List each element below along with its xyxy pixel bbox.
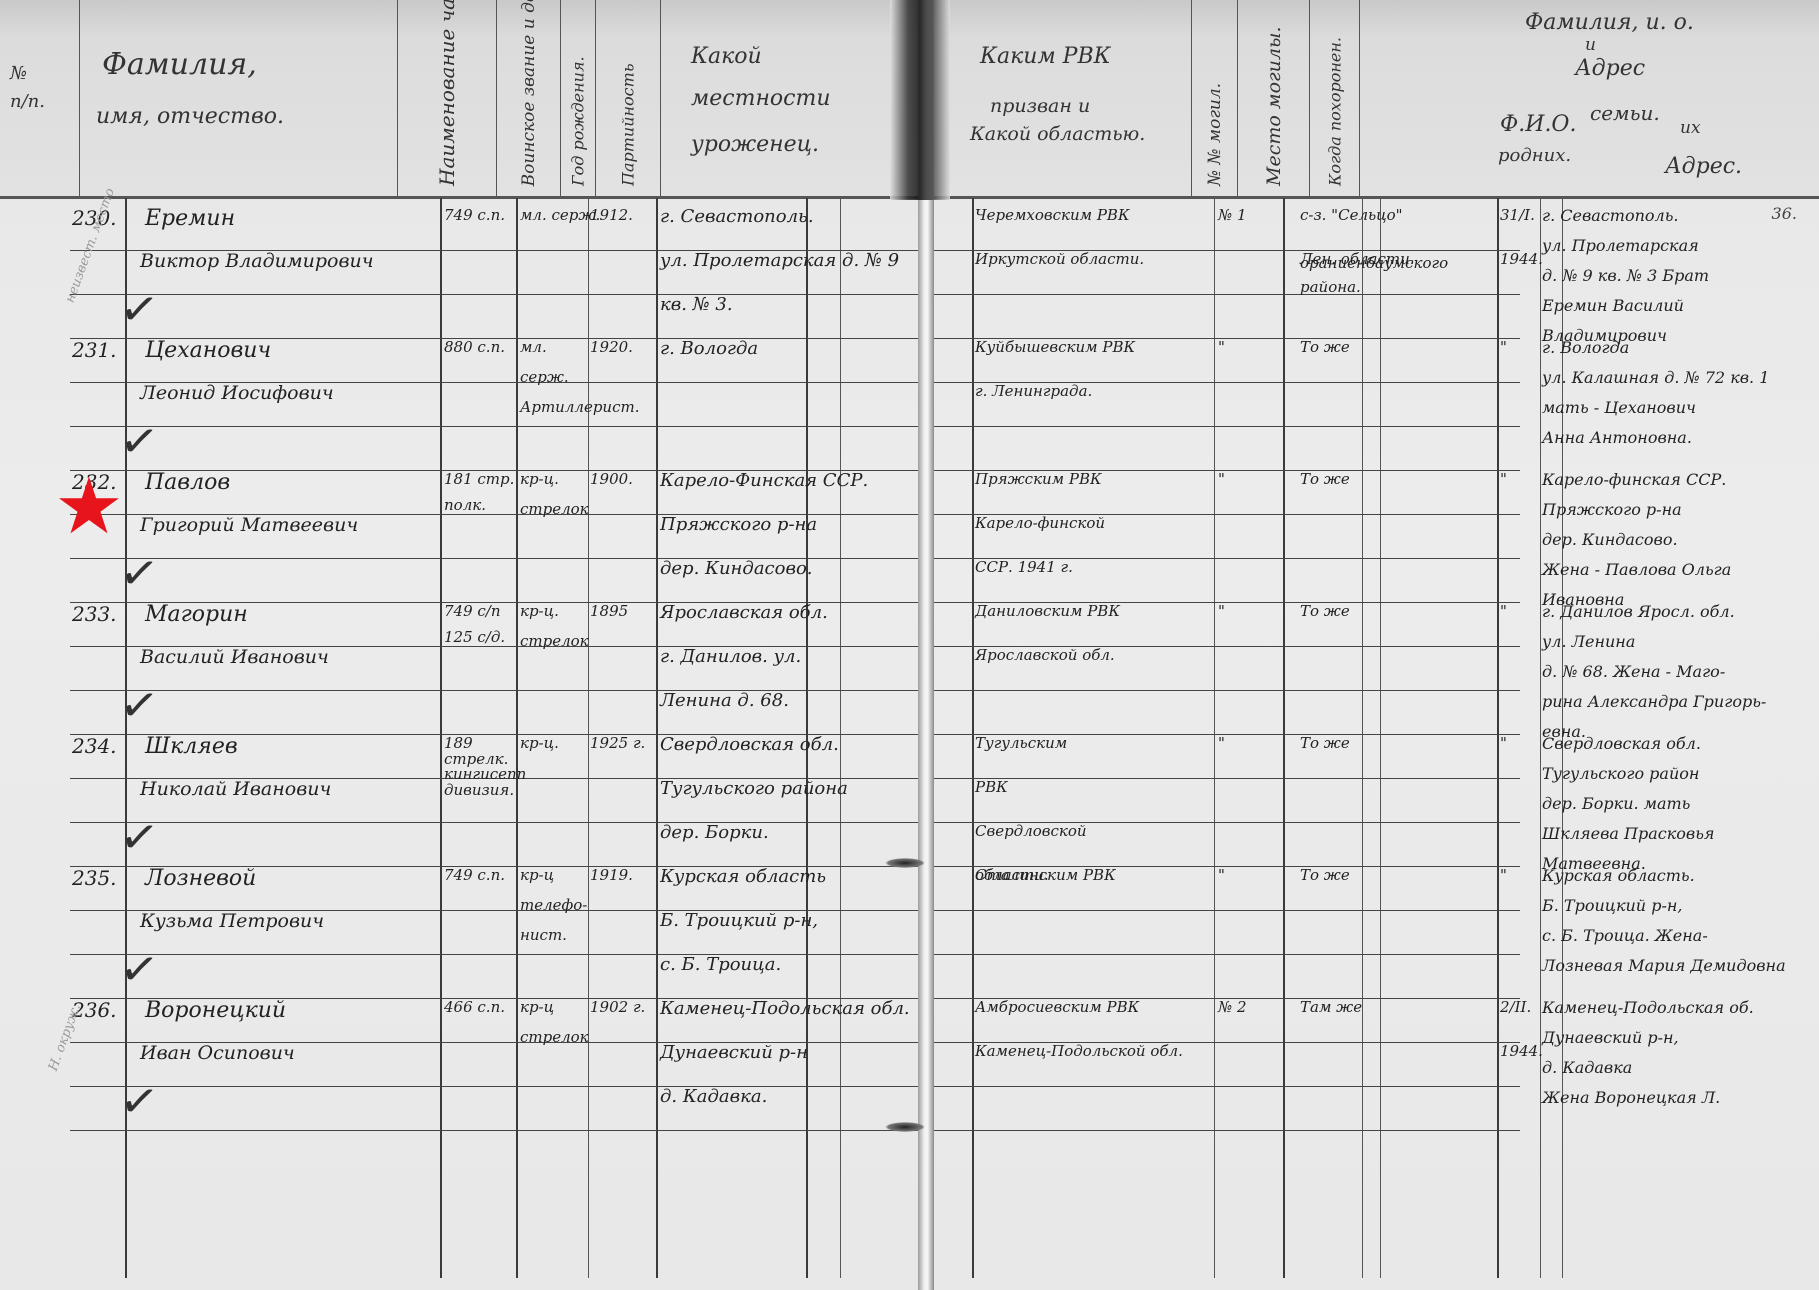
header-party-label: Партийность	[619, 63, 638, 186]
military-unit: кингисепп	[444, 767, 526, 782]
military-unit: 880 с.п.	[444, 340, 505, 355]
military-rank: нист.	[520, 928, 567, 943]
rvk-line: Свердловской	[975, 824, 1087, 839]
rvk-line: Каменец-Подольской обл.	[975, 1044, 1183, 1059]
column-rule	[516, 198, 518, 1278]
grave-number: "	[1218, 868, 1225, 883]
register-page: № п/п. Фамилия, имя, отчество. Наименова…	[0, 0, 1819, 1290]
soldier-surname: Цеханович	[145, 340, 271, 362]
family-address-line: д. Кадавка	[1542, 1060, 1632, 1076]
origin-line: Дунаевский р-н	[660, 1044, 808, 1062]
burial-date: "	[1500, 340, 1507, 355]
binding-hole	[885, 1122, 925, 1132]
header-col-origin: Какой местности уроженец.	[661, 0, 891, 196]
row-number: 235.	[72, 868, 117, 888]
header-name-line2: имя, отчество.	[96, 100, 284, 134]
header-family-line7: их	[1680, 115, 1701, 141]
origin-line: Свердловская обл.	[660, 736, 839, 754]
header-col-birth: Год рождения.	[561, 0, 596, 196]
family-address-line: Жена Воронецкая Л.	[1542, 1090, 1720, 1106]
column-rule	[656, 198, 658, 1278]
column-rule	[1214, 198, 1215, 1278]
checkmark-icon: ✓	[116, 676, 162, 735]
soldier-given-names: Виктор Владимирович	[140, 252, 374, 271]
header-col-grave-no: № № могил.	[1192, 0, 1238, 196]
rvk-line: РВК	[975, 780, 1008, 795]
header-burial-place-label: Место могилы.	[1263, 27, 1285, 187]
soldier-given-names: Василий Иванович	[140, 648, 329, 667]
origin-line: г. Вологда	[660, 340, 758, 358]
rvk-line: Черемховским РВК	[975, 208, 1130, 223]
header-family-line6: родних.	[1498, 142, 1571, 170]
military-unit: 466 с.п.	[444, 1000, 505, 1015]
header-name-line1: Фамилия,	[102, 42, 257, 89]
origin-line: Карело-Финская ССР.	[660, 472, 868, 490]
header-col-no: № п/п.	[0, 0, 80, 196]
family-address-line: г. Вологда	[1542, 340, 1629, 356]
origin-line: кв. № 3.	[660, 296, 733, 314]
family-address-line: мать - Цеханович	[1542, 400, 1696, 416]
military-rank: телефо-	[520, 898, 587, 913]
origin-line: г. Севастополь.	[660, 208, 814, 226]
checkmark-icon: ✓	[116, 1072, 162, 1131]
family-address-line: с. Б. Троица. Жена-	[1542, 928, 1708, 944]
birth-year: 1920.	[590, 340, 633, 355]
origin-line: г. Данилов. ул.	[660, 648, 801, 666]
soldier-surname: Лозневой	[145, 868, 256, 890]
header-col-burial-date: Когда похоронен.	[1310, 0, 1360, 196]
origin-line: Курская область	[660, 868, 826, 886]
family-address-line: д. № 9 кв. № 3 Брат	[1542, 268, 1709, 284]
row-number: 231.	[72, 340, 117, 360]
family-address-line: ул. Пролетарская	[1542, 238, 1699, 254]
burial-date: "	[1500, 604, 1507, 619]
checkmark-icon: ✓	[116, 544, 162, 603]
rvk-line: Куйбышевским РВК	[975, 340, 1135, 355]
family-address-line: Дунаевский р-н,	[1542, 1030, 1679, 1046]
birth-year: 1900.	[590, 472, 633, 487]
soldier-given-names: Григорий Матвеевич	[140, 516, 358, 535]
grave-number: "	[1218, 604, 1225, 619]
military-rank: мл.	[520, 340, 547, 355]
family-address-line: Свердловская обл.	[1542, 736, 1701, 752]
family-address-line: Б. Троицкий р-н,	[1542, 898, 1682, 914]
header-rvk-line3: Какой областью.	[970, 120, 1145, 149]
burial-place-line: То же	[1300, 604, 1350, 619]
grave-number: "	[1218, 340, 1225, 355]
military-unit: 749 с/п	[444, 604, 501, 619]
column-rule	[1362, 198, 1363, 1278]
family-address-line: дер. Борки. мать	[1542, 796, 1690, 812]
origin-line: д. Кадавка.	[660, 1088, 767, 1106]
row-rule	[70, 822, 1520, 823]
origin-line: Ленина д. 68.	[660, 692, 789, 710]
military-rank: серж.	[520, 370, 569, 385]
family-address-line: Шкляева Прасковья	[1542, 826, 1715, 842]
header-origin-line2: местности	[691, 82, 831, 116]
soldier-given-names: Иван Осипович	[140, 1044, 295, 1063]
birth-year: 1902 г.	[590, 1000, 645, 1015]
burial-place-line: То же	[1300, 472, 1350, 487]
military-unit: дивизия.	[444, 783, 514, 798]
header-family-line4: семьи.	[1590, 98, 1660, 129]
soldier-surname: Воронецкий	[145, 1000, 286, 1022]
military-rank: мл. серж.	[520, 208, 600, 223]
burial-place-line: Там же	[1300, 1000, 1362, 1015]
burial-place-line: ораниенбаумского	[1300, 256, 1448, 271]
rvk-line: Пряжским РВК	[975, 472, 1102, 487]
header-no-label: № п/п.	[10, 60, 50, 116]
origin-line: дер. Борки.	[660, 824, 769, 842]
rvk-line: ССР. 1941 г.	[975, 560, 1073, 575]
burial-place-line: То же	[1300, 340, 1350, 355]
header-family-line3: Адрес	[1575, 52, 1645, 86]
military-unit: 189	[444, 736, 473, 751]
grave-number: "	[1218, 472, 1225, 487]
header-col-party: Партийность	[596, 0, 661, 196]
family-address-line: рина Александра Григорь-	[1542, 694, 1766, 710]
column-rule	[588, 198, 589, 1278]
rvk-line: Иркутской области.	[975, 252, 1144, 267]
rvk-line: Сталинским РВК	[975, 868, 1116, 883]
red-star-icon: ★	[54, 468, 124, 546]
header-origin-line3: уроженец.	[691, 128, 819, 162]
soldier-surname: Шкляев	[145, 736, 238, 758]
birth-year: 1895	[590, 604, 628, 619]
family-address-line: Лозневая Мария Демидовна	[1542, 958, 1786, 974]
burial-date: 1944.	[1500, 1044, 1543, 1059]
grave-number: "	[1218, 736, 1225, 751]
soldier-surname: Еремин	[145, 208, 235, 230]
military-rank: стрелок	[520, 502, 589, 517]
military-unit: 749 с.п.	[444, 868, 505, 883]
header-col-unit: Наименование части.	[398, 0, 497, 196]
row-number: 234.	[72, 736, 117, 756]
row-number: 233.	[72, 604, 117, 624]
military-unit: 181 стр.	[444, 472, 514, 487]
header-col-burial-place: Место могилы.	[1238, 0, 1310, 196]
soldier-given-names: Леонид Иосифович	[140, 384, 334, 403]
row-rule	[70, 426, 1520, 427]
burial-date: 31/I.	[1500, 208, 1535, 223]
checkmark-icon: ✓	[116, 280, 162, 339]
origin-line: Каменец-Подольская обл.	[660, 1000, 910, 1018]
family-address-line: Курская область.	[1542, 868, 1695, 884]
burial-date: "	[1500, 736, 1507, 751]
rvk-line: Ярославской обл.	[975, 648, 1115, 663]
torn-spine-top	[890, 0, 950, 200]
soldier-surname: Павлов	[145, 472, 230, 494]
burial-date: "	[1500, 868, 1507, 883]
burial-place-line: с-з. "Сельцо"	[1300, 208, 1403, 223]
header-rank-label: Воинское звание и должность.	[518, 0, 538, 186]
header-family-line1: Фамилия, и. о.	[1525, 6, 1694, 40]
header-col-family: Фамилия, и. о. и Адрес семьи. Ф.И.О. род…	[1360, 0, 1819, 196]
military-unit: 125 с/д.	[444, 630, 505, 645]
burial-date: 1944.	[1500, 252, 1543, 267]
column-rule	[1283, 198, 1285, 1278]
header-family-line5: Ф.И.О.	[1500, 108, 1576, 142]
rvk-line: г. Ленинграда.	[975, 384, 1092, 399]
military-rank: стрелок	[520, 634, 589, 649]
family-address-line: д. № 68. Жена - Маго-	[1542, 664, 1725, 680]
header-col-name: Фамилия, имя, отчество.	[80, 0, 398, 196]
row-rule	[70, 1086, 1520, 1087]
family-address-line: ул. Калашная д. № 72 кв. 1	[1542, 370, 1769, 386]
origin-line: ул. Пролетарская д. № 9	[660, 252, 899, 270]
rvk-line: Тугульским	[975, 736, 1067, 751]
column-rule	[440, 198, 442, 1278]
column-rule	[840, 198, 841, 1278]
row-rule	[70, 1130, 1520, 1131]
military-rank: кр-ц.	[520, 472, 559, 487]
header-rvk-line2: призван и	[990, 92, 1090, 121]
birth-year: 1912.	[590, 208, 633, 223]
military-rank: стрелок	[520, 1030, 589, 1045]
column-rule	[1497, 198, 1499, 1278]
header-origin-line1: Какой	[691, 40, 762, 74]
row-rule	[70, 954, 1520, 955]
family-address-line: Пряжского р-на	[1542, 502, 1682, 518]
soldier-given-names: Николай Иванович	[140, 780, 331, 799]
header-grave-no-label: № № могил.	[1205, 83, 1225, 186]
burial-place-line: То же	[1300, 736, 1350, 751]
military-rank: кр-ц	[520, 1000, 554, 1015]
checkmark-icon: ✓	[116, 808, 162, 867]
header-family-line8: Адрес.	[1665, 150, 1742, 184]
burial-date: "	[1500, 472, 1507, 487]
margin-note: неизвест. место	[63, 186, 118, 305]
header-burial-date-label: Когда похоронен.	[1325, 37, 1344, 186]
birth-year: 1919.	[590, 868, 633, 883]
military-rank: кр-ц.	[520, 604, 559, 619]
military-rank: кр-ц	[520, 868, 554, 883]
origin-line: Б. Троицкий р-н,	[660, 912, 818, 930]
origin-line: Пряжского р-на	[660, 516, 817, 534]
family-address-line: г. Данилов Яросл. обл.	[1542, 604, 1735, 620]
family-address-line: Каменец-Подольская об.	[1542, 1000, 1754, 1016]
military-rank: кр-ц.	[520, 736, 559, 751]
row-rule	[70, 690, 1520, 691]
grave-number: № 1	[1218, 208, 1247, 223]
origin-line: Ярославская обл.	[660, 604, 828, 622]
family-address-line: дер. Киндасово.	[1542, 532, 1678, 548]
burial-place-line: района.	[1300, 280, 1361, 295]
checkmark-icon: ✓	[116, 940, 162, 999]
header-rvk-line1: Каким РВК	[980, 40, 1111, 74]
soldier-given-names: Кузьма Петрович	[140, 912, 324, 931]
military-rank: Артиллерист.	[520, 400, 639, 415]
family-address-line: Тугульского район	[1542, 766, 1699, 782]
binding-hole	[885, 858, 925, 868]
column-rule	[1540, 198, 1541, 1278]
column-rule	[972, 198, 974, 1278]
soldier-surname: Магорин	[145, 604, 248, 626]
origin-line: с. Б. Троица.	[660, 956, 781, 974]
header-unit-label: Наименование части.	[435, 0, 459, 186]
header-col-rank: Воинское звание и должность.	[497, 0, 561, 196]
burial-place-line: То же	[1300, 868, 1350, 883]
header-birth-label: Год рождения.	[569, 56, 588, 186]
family-address-line: ул. Ленина	[1542, 634, 1635, 650]
rvk-line: Карело-финской	[975, 516, 1105, 531]
military-unit: полк.	[444, 498, 486, 513]
margin-note: Н. окруж.	[46, 1002, 84, 1073]
family-address-line: Анна Антоновна.	[1542, 430, 1692, 446]
rvk-line: Даниловским РВК	[975, 604, 1120, 619]
origin-line: дер. Киндасово.	[660, 560, 813, 578]
burial-date: 2/II.	[1500, 1000, 1531, 1015]
family-address-line: Жена - Павлова Ольга	[1542, 562, 1731, 578]
military-unit: 749 с.п.	[444, 208, 505, 223]
birth-year: 1925 г.	[590, 736, 645, 751]
family-address-line: Еремин Василий	[1542, 298, 1684, 314]
family-address-line: Карело-финская ССР.	[1542, 472, 1726, 488]
header-col-rvk: Каким РВК призван и Какой областью.	[950, 0, 1192, 196]
origin-line: Тугульского района	[660, 780, 848, 798]
grave-number: № 2	[1218, 1000, 1247, 1015]
family-address-line: г. Севастополь.	[1542, 208, 1679, 224]
rvk-line: Амбросиевским РВК	[975, 1000, 1139, 1015]
column-rule	[1380, 198, 1381, 1278]
